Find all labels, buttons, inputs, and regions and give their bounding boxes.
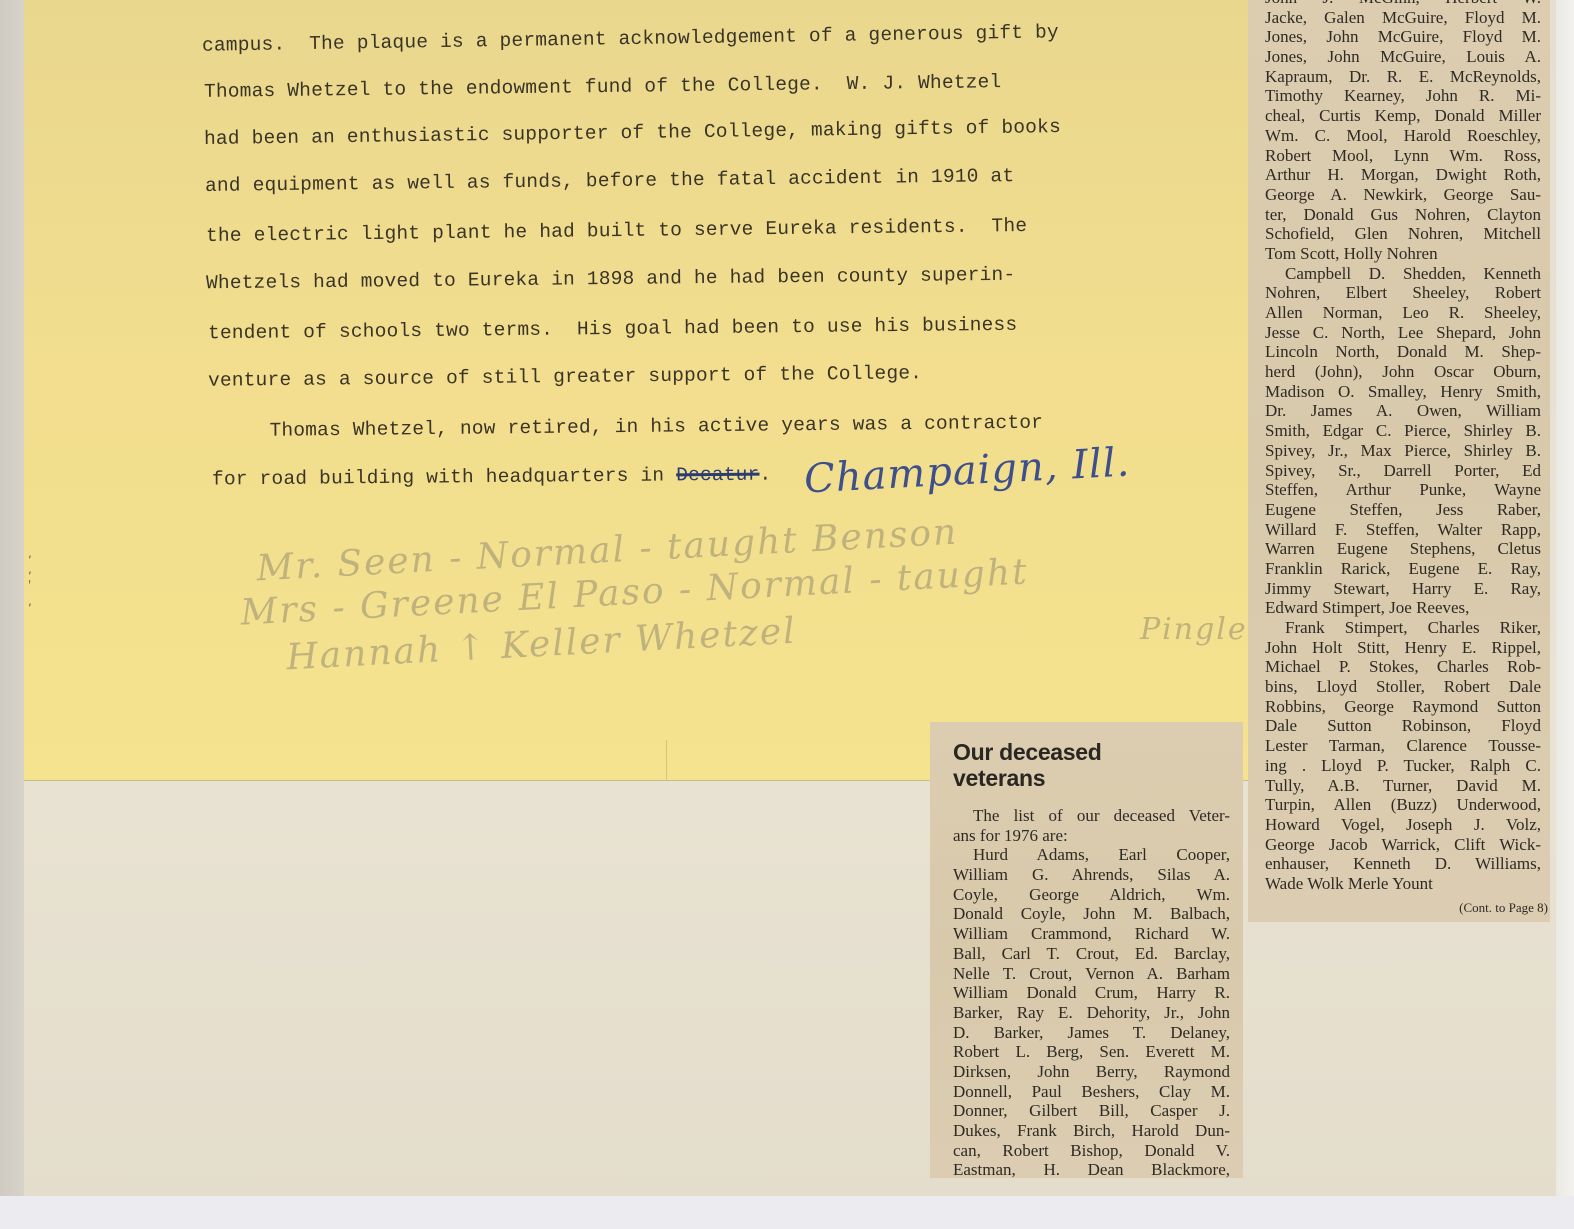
headline-line: Our deceased: [953, 739, 1102, 765]
headline-line: veterans: [953, 765, 1102, 791]
clipping-line: The list of our deceased Veter-: [953, 806, 1230, 826]
clipping-line: enhauser, Kenneth D. Williams,: [1265, 854, 1541, 874]
clipping-line: Madison O. Smalley, Henry Smith,: [1265, 382, 1541, 402]
clipping-line: George A. Newkirk, George Sau-: [1265, 185, 1541, 205]
clipping-line: Tom Scott, Holly Nohren: [1265, 244, 1541, 264]
clipping-line: Jesse C. North, Lee Shepard, John: [1265, 323, 1541, 343]
clipping-line: Nelle T. Crout, Vernon A. Barham: [953, 964, 1230, 984]
clipping-line: Franklin Rarick, Eugene E. Ray,: [1265, 559, 1541, 579]
clipping-line: Jones, John McGuire, Floyd M.: [1265, 27, 1541, 47]
clipping-line: Dale Sutton Robinson, Floyd: [1265, 716, 1541, 736]
clipping-line: Jones, John McGuire, Louis A.: [1265, 47, 1541, 67]
clipping-line: Lincoln North, Donald M. Shep-: [1265, 342, 1541, 362]
clipping-line: Turpin, Allen (Buzz) Underwood,: [1265, 795, 1541, 815]
letter-line: Thomas Whetzel to the endowment fund of …: [204, 71, 1002, 103]
letter-text: .: [759, 464, 771, 486]
newspaper-clipping-continued: John J. McGinn, Herbert W.Jacke, Galen M…: [1248, 0, 1550, 922]
clipping-line: Ball, Carl T. Crout, Ed. Barclay,: [953, 944, 1230, 964]
clipping-line: William Crammond, Richard W.: [953, 924, 1230, 944]
clipping-line: Wm. C. Mool, Harold Roeschley,: [1265, 126, 1541, 146]
handwritten-correction: Champaign, Ill.: [803, 439, 1131, 502]
letter-line: campus. The plaque is a permanent acknow…: [202, 21, 1059, 56]
clipping-line: Hurd Adams, Earl Cooper,: [953, 845, 1230, 865]
continuation-note: (Cont. to Page 8): [1265, 900, 1548, 916]
margin-marks: , , ' ,: [28, 545, 38, 615]
clipping-line: Lester Tarman, Clarence Tousse-: [1265, 736, 1541, 756]
clipping-line: ing . Lloyd P. Tucker, Ralph C.: [1265, 756, 1541, 776]
clipping-line: William G. Ahrends, Silas A.: [953, 865, 1230, 885]
clipping-line: Schofield, Glen Nohren, Mitchell: [1265, 224, 1541, 244]
clipping-line: cheal, Curtis Kemp, Donald Miller: [1265, 106, 1541, 126]
clipping-line: Spivey, Jr., Max Pierce, Shirley B.: [1265, 441, 1541, 461]
clipping-line: Spivey, Sr., Darrell Porter, Ed: [1265, 461, 1541, 481]
clipping-line: Robbins, George Raymond Sutton: [1265, 697, 1541, 717]
scan-bottom-margin: [0, 1196, 1574, 1229]
clipping-line: Robert Mool, Lynn Wm. Ross,: [1265, 146, 1541, 166]
clipping-line: Frank Stimpert, Charles Riker,: [1265, 618, 1541, 638]
letter-line: tendent of schools two terms. His goal h…: [208, 314, 1018, 344]
continuation-note-wrap: (Cont. to Page 8): [1265, 894, 1548, 916]
letter-line: and equipment as well as funds, before t…: [205, 165, 1015, 197]
clipping-line: Coyle, George Aldrich, Wm.: [953, 885, 1230, 905]
clipping-line: Eastman, H. Dean Blackmore,: [953, 1160, 1230, 1180]
clipping-line: Donner, Gilbert Bill, Casper J.: [953, 1101, 1230, 1121]
clipping-line: Willard F. Steffen, Walter Rapp,: [1265, 520, 1541, 540]
letter-line-last: for road building with headquarters in D…: [212, 464, 772, 491]
clipping-line: Smith, Edgar C. Pierce, Shirley B.: [1265, 421, 1541, 441]
clipping-line: D. Barker, James T. Delaney,: [953, 1023, 1230, 1043]
headline: Our deceased veterans: [953, 739, 1102, 791]
clipping-line: ter, Donald Gus Nohren, Clayton: [1265, 205, 1541, 225]
letter-line: had been an enthusiastic supporter of th…: [204, 116, 1061, 150]
clipping-line: Donnell, Paul Beshers, Clay M.: [953, 1082, 1230, 1102]
struck-word: Decatur: [676, 464, 760, 487]
pencil-note: Pingle: [1140, 612, 1248, 647]
page-right-edge: [1556, 0, 1574, 1200]
clipping-line: Kapraum, Dr. R. E. McReynolds,: [1265, 67, 1541, 87]
clipping-line: Allen Norman, Leo R. Sheeley,: [1265, 303, 1541, 323]
clipping-line: Jacke, Galen McGuire, Floyd M.: [1265, 8, 1541, 28]
clipping-line: Robert L. Berg, Sen. Everett M.: [953, 1042, 1230, 1062]
clipping-line: Dirksen, John Berry, Raymond: [953, 1062, 1230, 1082]
letter-text: for road building with headquarters in: [212, 464, 676, 490]
clipping-body: The list of our deceased Veter-ans for 1…: [953, 806, 1230, 1180]
clipping-line: Campbell D. Shedden, Kenneth: [1265, 264, 1541, 284]
clipping-line: John J. McGinn, Herbert W.: [1265, 0, 1541, 8]
letter-line: Whetzels had moved to Eureka in 1898 and…: [206, 264, 1016, 294]
newspaper-clipping-veterans: Our deceased veterans The list of our de…: [930, 722, 1243, 1178]
clipping-line: Eugene Steffen, Jess Raber,: [1265, 500, 1541, 520]
clipping-body: John J. McGinn, Herbert W.Jacke, Galen M…: [1265, 0, 1541, 894]
page-left-edge: [0, 0, 24, 1200]
clipping-line: Dr. James A. Owen, William: [1265, 401, 1541, 421]
typed-letter: campus. The plaque is a permanent acknow…: [24, 0, 1250, 780]
clipping-line: Michael P. Stokes, Charles Rob-: [1265, 657, 1541, 677]
letter-line: Thomas Whetzel, now retired, in his acti…: [210, 412, 1043, 443]
clipping-line: Barker, Ray E. Dehority, Jr., John: [953, 1003, 1230, 1023]
clipping-line: Jimmy Stewart, Harry E. Ray,: [1265, 579, 1541, 599]
paper-fold: [666, 740, 667, 780]
clipping-line: Arthur H. Morgan, Dwight Roth,: [1265, 165, 1541, 185]
clipping-line: Timothy Kearney, John R. Mi-: [1265, 86, 1541, 106]
clipping-line: Wade Wolk Merle Yount: [1265, 874, 1541, 894]
letter-line: the electric light plant he had built to…: [206, 215, 1027, 247]
clipping-line: bins, Lloyd Stoller, Robert Dale: [1265, 677, 1541, 697]
clipping-line: Warren Eugene Stephens, Cletus: [1265, 539, 1541, 559]
clipping-line: Nohren, Elbert Sheeley, Robert: [1265, 283, 1541, 303]
clipping-line: can, Robert Bishop, Donald V.: [953, 1141, 1230, 1161]
clipping-line: Tully, A.B. Turner, David M.: [1265, 776, 1541, 796]
clipping-line: John Holt Stitt, Henry E. Rippel,: [1265, 638, 1541, 658]
clipping-line: George Jacob Warrick, Clift Wick-: [1265, 835, 1541, 855]
clipping-line: Dukes, Frank Birch, Harold Dun-: [953, 1121, 1230, 1141]
clipping-line: Edward Stimpert, Joe Reeves,: [1265, 598, 1541, 618]
clipping-line: Donald Coyle, John M. Balbach,: [953, 904, 1230, 924]
clipping-line: ans for 1976 are:: [953, 826, 1230, 846]
clipping-line: herd (John), John Oscar Oburn,: [1265, 362, 1541, 382]
letter-line: venture as a source of still greater sup…: [208, 362, 922, 391]
clipping-line: Howard Vogel, Joseph J. Volz,: [1265, 815, 1541, 835]
clipping-line: William Donald Crum, Harry R.: [953, 983, 1230, 1003]
clipping-line: Steffen, Arthur Punke, Wayne: [1265, 480, 1541, 500]
